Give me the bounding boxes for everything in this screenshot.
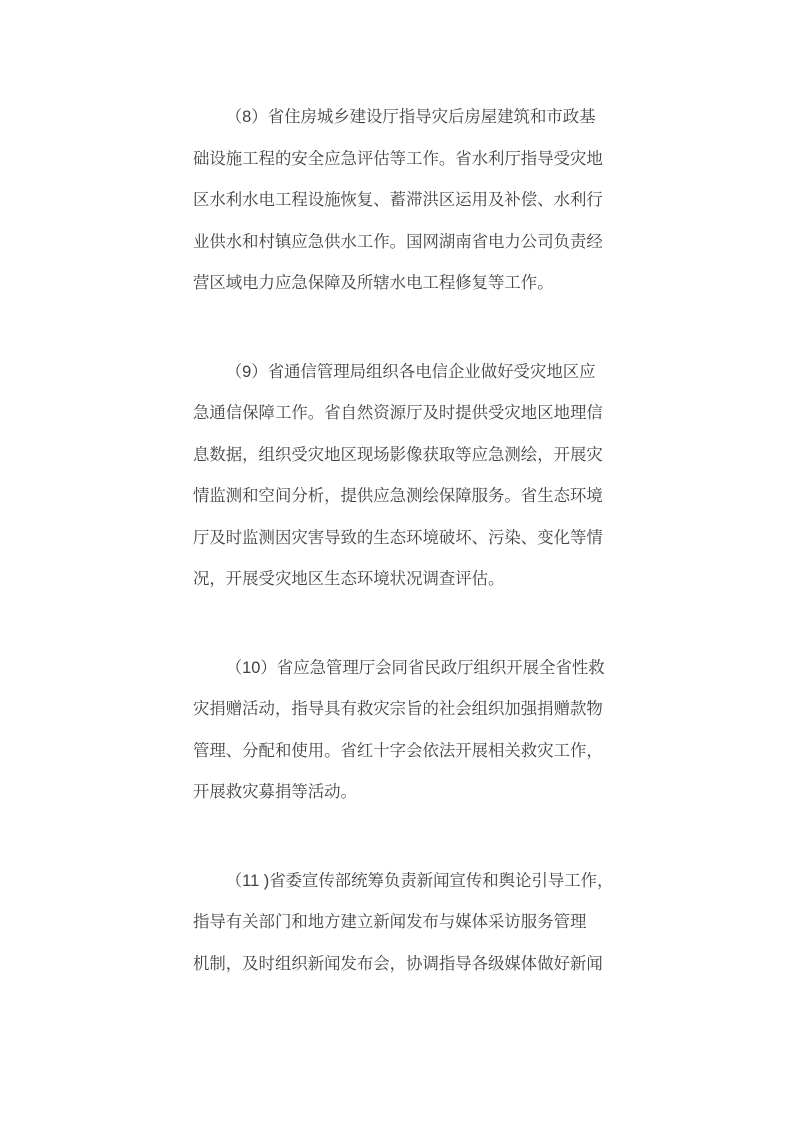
document-page: （8）省住房城乡建设厅指导灾后房屋建筑和市政基 础设施工程的安全应急评估等工作。… (0, 0, 793, 1122)
paragraph-item-8: （8）省住房城乡建设厅指导灾后房屋建筑和市政基 础设施工程的安全应急评估等工作。… (193, 97, 653, 305)
paragraph-item-9: （9）省通信管理局组织各电信企业做好受灾地区应 急通信保障工作。省自然资源厅及时… (193, 352, 653, 601)
paragraph-item-11: （11 )省委宣传部统筹负责新闻宣传和舆论引导工作， 指导有关部门和地方建立新闻… (193, 861, 653, 986)
paragraph-item-10: （10）省应急管理厅会同省民政厅组织开展全省性救 灾捐赠活动，指导具有救灾宗旨的… (193, 648, 653, 814)
document-body: （8）省住房城乡建设厅指导灾后房屋建筑和市政基 础设施工程的安全应急评估等工作。… (193, 97, 653, 1032)
